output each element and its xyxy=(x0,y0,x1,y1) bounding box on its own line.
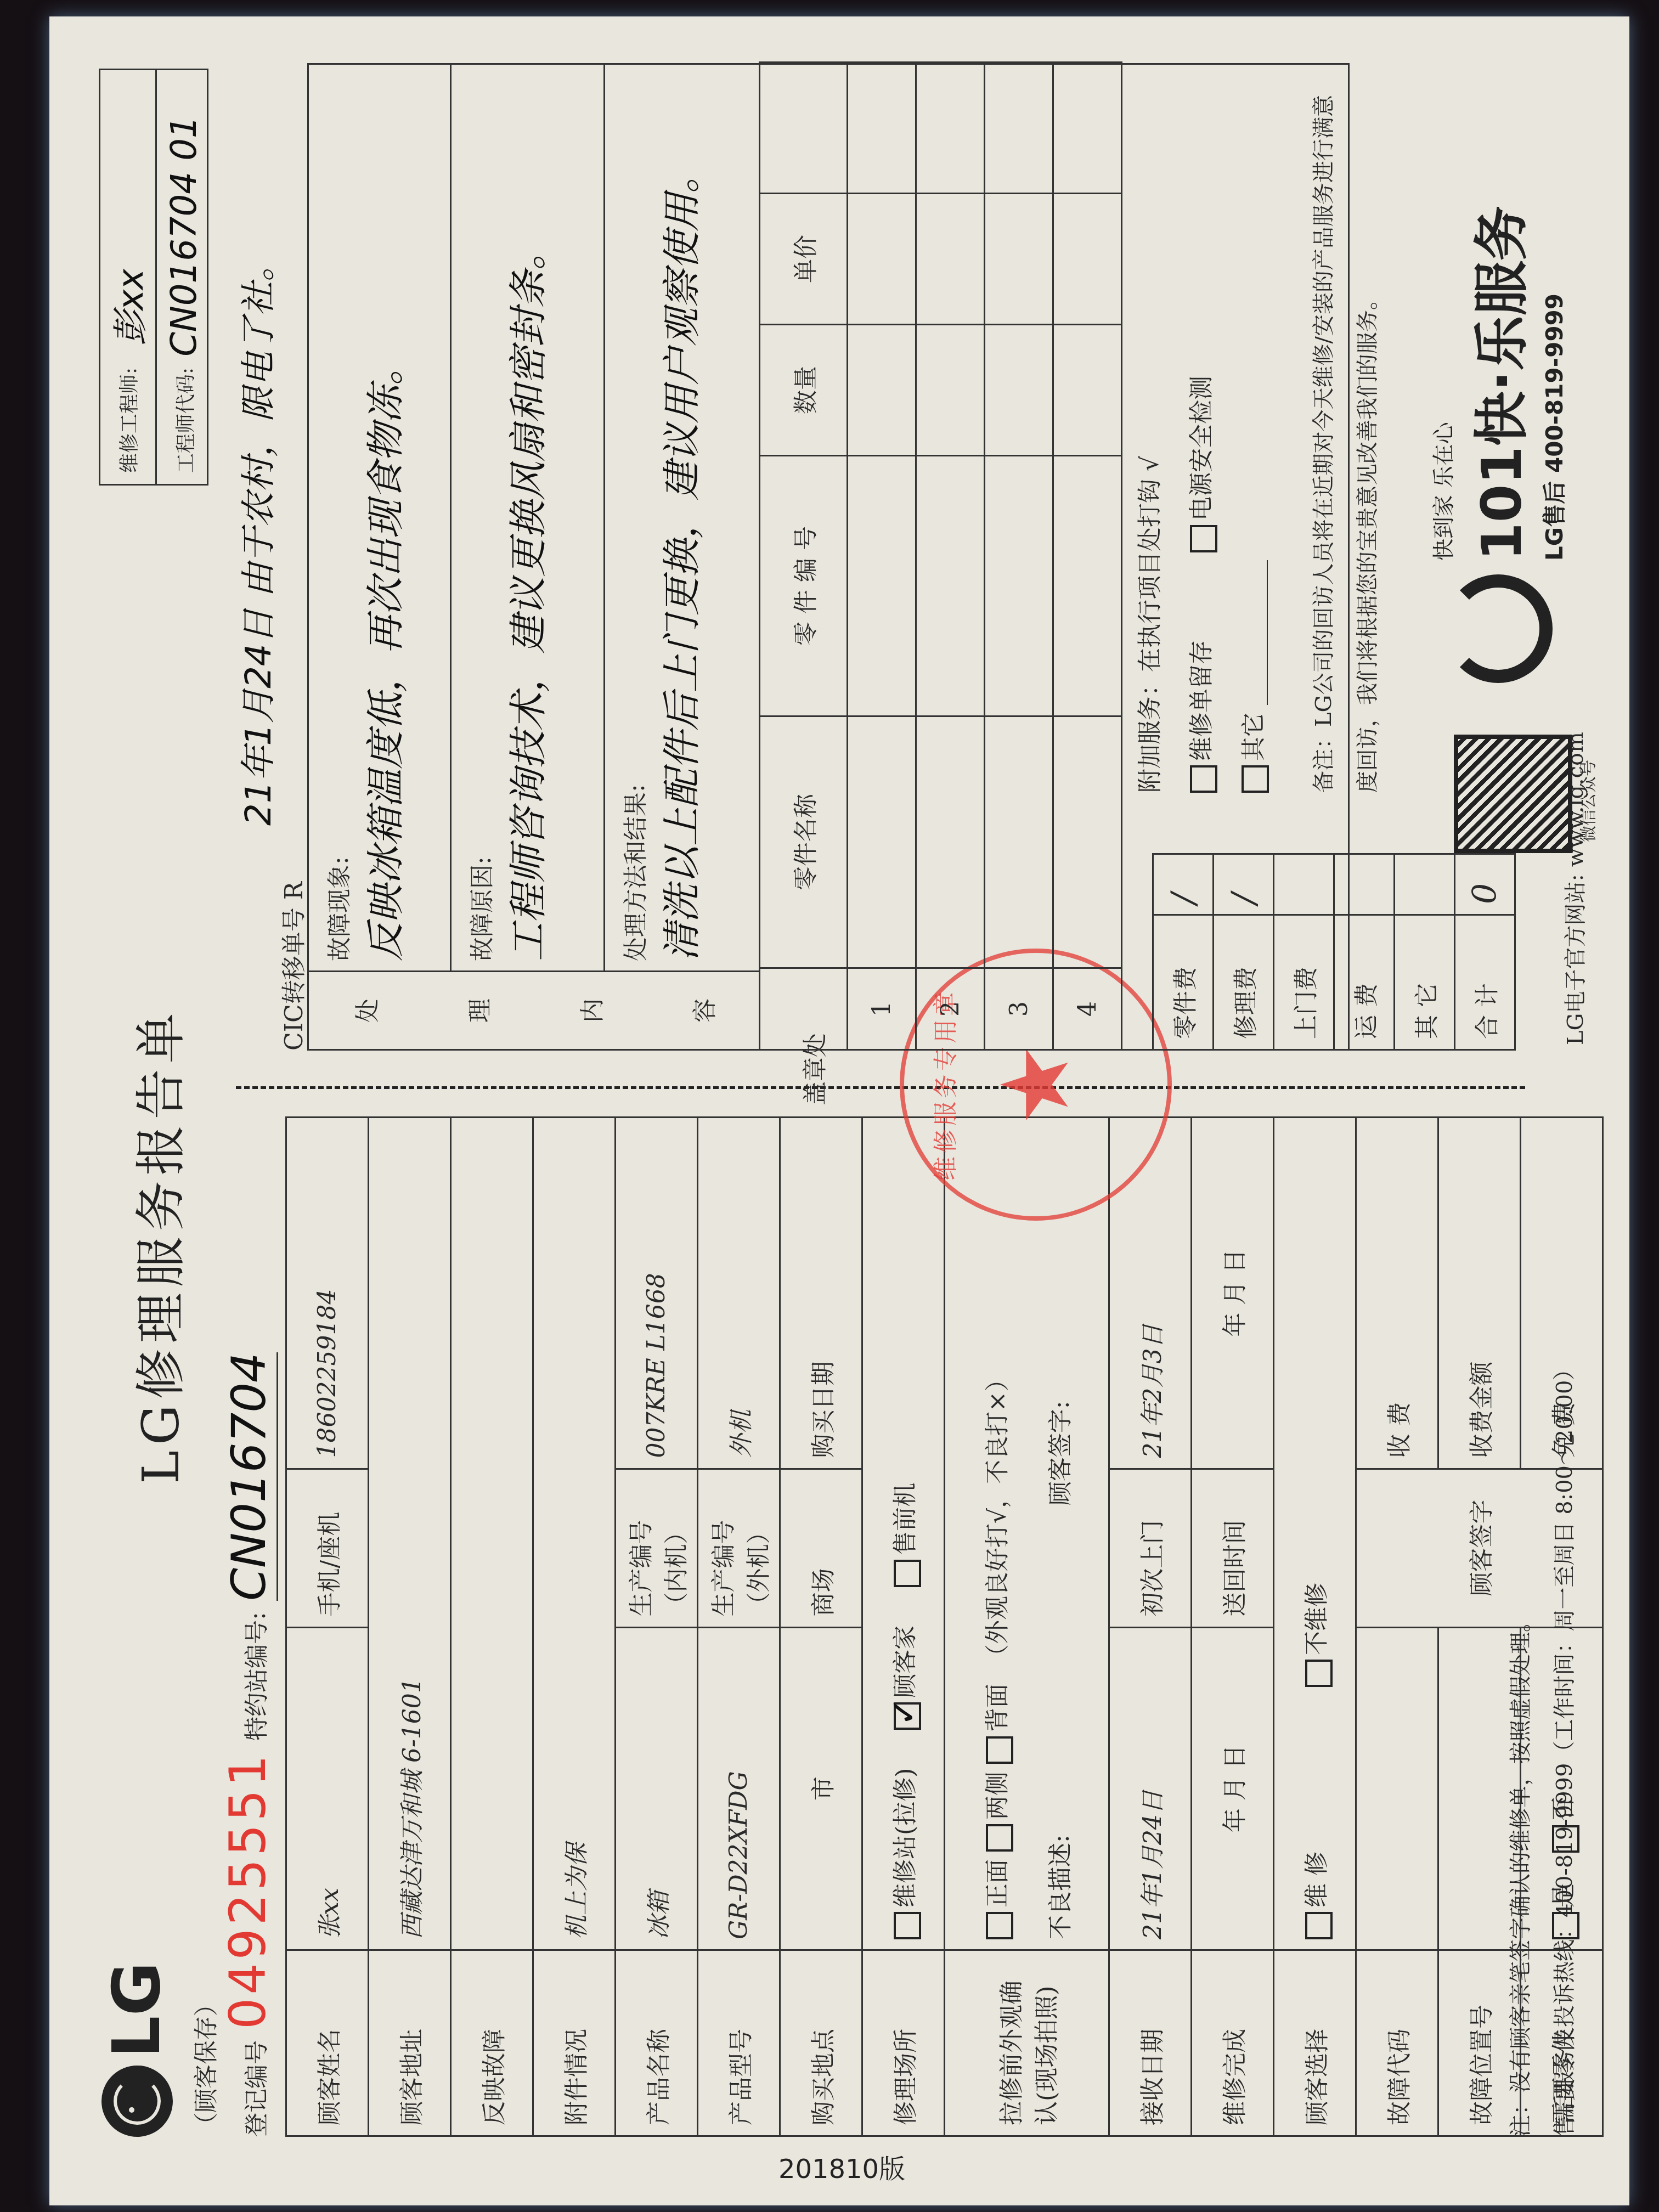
registration-number: 04925551 xyxy=(219,1752,277,2029)
reported-fault[interactable] xyxy=(451,1118,533,1950)
engineer-name[interactable]: 彭xx xyxy=(103,269,153,346)
product-model[interactable]: GR-D22XFDG xyxy=(698,1627,780,1950)
checkbox-back[interactable] xyxy=(986,1736,1013,1764)
page-title: LG修理服务报告单 xyxy=(121,1007,193,1484)
paper-sheet: LG （顾客保存） 登记编号 04925551 特约站编号: CN016704 … xyxy=(49,16,1629,2205)
product-name[interactable]: 冰箱 xyxy=(616,1627,698,1950)
hotline: 售后服务及投诉热线：400-819-9999（工作时间：周一至周日 8:00～2… xyxy=(1547,1358,1578,2137)
cic-label: CIC转移单号 R xyxy=(274,882,309,1051)
fee-shipping[interactable] xyxy=(1334,854,1395,915)
checkbox-checked[interactable] xyxy=(894,1702,921,1730)
lg-logo-icon xyxy=(101,2066,173,2137)
repair-method[interactable]: 清洗以上配件后上门更换，建议用户观察使用。 xyxy=(651,76,707,961)
purchase-city[interactable]: 市 xyxy=(780,1627,862,1950)
checkbox-front[interactable] xyxy=(986,1912,1013,1939)
checkbox[interactable] xyxy=(894,1912,921,1939)
star-icon: ★ xyxy=(981,1043,1090,1126)
checkbox[interactable] xyxy=(894,1560,921,1587)
option-presale[interactable]: 售前机 xyxy=(891,1483,919,1587)
purchase-date-label: 购买日期 xyxy=(780,1118,862,1469)
checkbox-power-check[interactable] xyxy=(1190,525,1217,552)
parts-row: 1 xyxy=(848,63,916,1050)
checkbox-keep-form[interactable] xyxy=(1190,765,1217,793)
return-date[interactable]: 年 月 日 xyxy=(1192,1118,1274,1469)
qr-code xyxy=(1454,735,1572,853)
footer-note: 注：没有顾客亲笔签字确认的维修单，按照虚假处理。 xyxy=(1503,1610,1534,2137)
fault-symptom[interactable]: 反映冰箱温度低，再次出现食物冻。 xyxy=(355,76,410,961)
checkbox-repair[interactable] xyxy=(1305,1912,1333,1939)
customer-name[interactable]: 张xx xyxy=(286,1627,369,1950)
option-station[interactable]: 维修站(拉修) xyxy=(891,1768,919,1939)
receive-date[interactable]: 21年1月24日 xyxy=(1109,1627,1192,1950)
cic-note: 21年1月24日 由于农村，限电了社。 xyxy=(230,246,281,826)
fee-repair[interactable]: / xyxy=(1214,854,1274,915)
repair-done-date[interactable]: 年 月 日 xyxy=(1192,1627,1274,1950)
remark: 备注：LG公司的回访人员将在近期对今天维修/安装的产品服务进行满意度回访，我们将… xyxy=(1302,80,1390,793)
swirl-icon xyxy=(1444,574,1553,683)
perforation-divider xyxy=(236,1086,1525,1089)
fault-cause[interactable]: 工程师咨询技术，建议更换风扇和密封条。 xyxy=(498,76,553,961)
extra-service: 附加服务：在执行项目处打钩 √ 维修单留存电源安全检测 其它 _________… xyxy=(1130,80,1390,793)
parts-row: 2 xyxy=(916,63,985,1050)
copy-note: （顾客保存） xyxy=(187,1992,222,2137)
parts-row: 3 xyxy=(985,63,1053,1050)
checkbox-no-repair[interactable] xyxy=(1305,1660,1333,1687)
parts-table: 零件名称零 件 编 号数量单价 1 2 3 4 xyxy=(759,61,1122,1051)
fee-total[interactable]: 0 xyxy=(1455,854,1515,915)
customer-phone[interactable]: 18602259184 xyxy=(286,1118,369,1469)
checkbox-other[interactable] xyxy=(1242,765,1269,793)
serial-indoor[interactable]: 007KRE L1668 xyxy=(616,1118,698,1469)
version-label: 201810版 xyxy=(778,2148,905,2186)
option-customer-home[interactable]: 顾客家 xyxy=(891,1626,919,1730)
checkbox-sides[interactable] xyxy=(986,1824,1013,1852)
station-number: CN016704 xyxy=(222,1352,278,1601)
engineer-box: 维修工程师:彭xx 工程师代码:CN016704 01 xyxy=(99,69,208,486)
registration-row: 登记编号 04925551 特约站编号: CN016704 xyxy=(219,1352,278,2137)
repair-form: LG （顾客保存） 登记编号 04925551 特约站编号: CN016704 … xyxy=(55,25,1624,2197)
fee-parts[interactable]: / xyxy=(1153,854,1214,915)
customer-address[interactable]: 西藏达津万和城 6-1601 xyxy=(369,1118,451,1950)
fee-visit[interactable] xyxy=(1274,854,1334,915)
fee-table: 零件费/ 修理费/ 上门费 运 费 其 它 合 计0 xyxy=(1152,853,1516,1051)
lg-logo: LG xyxy=(99,1962,175,2137)
serial-outdoor[interactable]: 外机 xyxy=(698,1118,780,1469)
engineer-code[interactable]: CN016704 01 xyxy=(164,116,205,357)
service-brand: 快到家 乐在心 101快·乐服务 LG售后 400-819-9999 xyxy=(1426,206,1570,683)
fee-other[interactable] xyxy=(1395,854,1455,915)
customer-table: 顾客姓名张xx手机/座机18602259184 顾客地址西藏达津万和城 6-16… xyxy=(285,1116,1604,2137)
fault-code[interactable] xyxy=(1356,1627,1438,1950)
qr-caption: 微信公众号 xyxy=(1575,760,1599,842)
accessories[interactable]: 机上为保 xyxy=(533,1118,616,1950)
parts-row: 4 xyxy=(1053,63,1122,1050)
